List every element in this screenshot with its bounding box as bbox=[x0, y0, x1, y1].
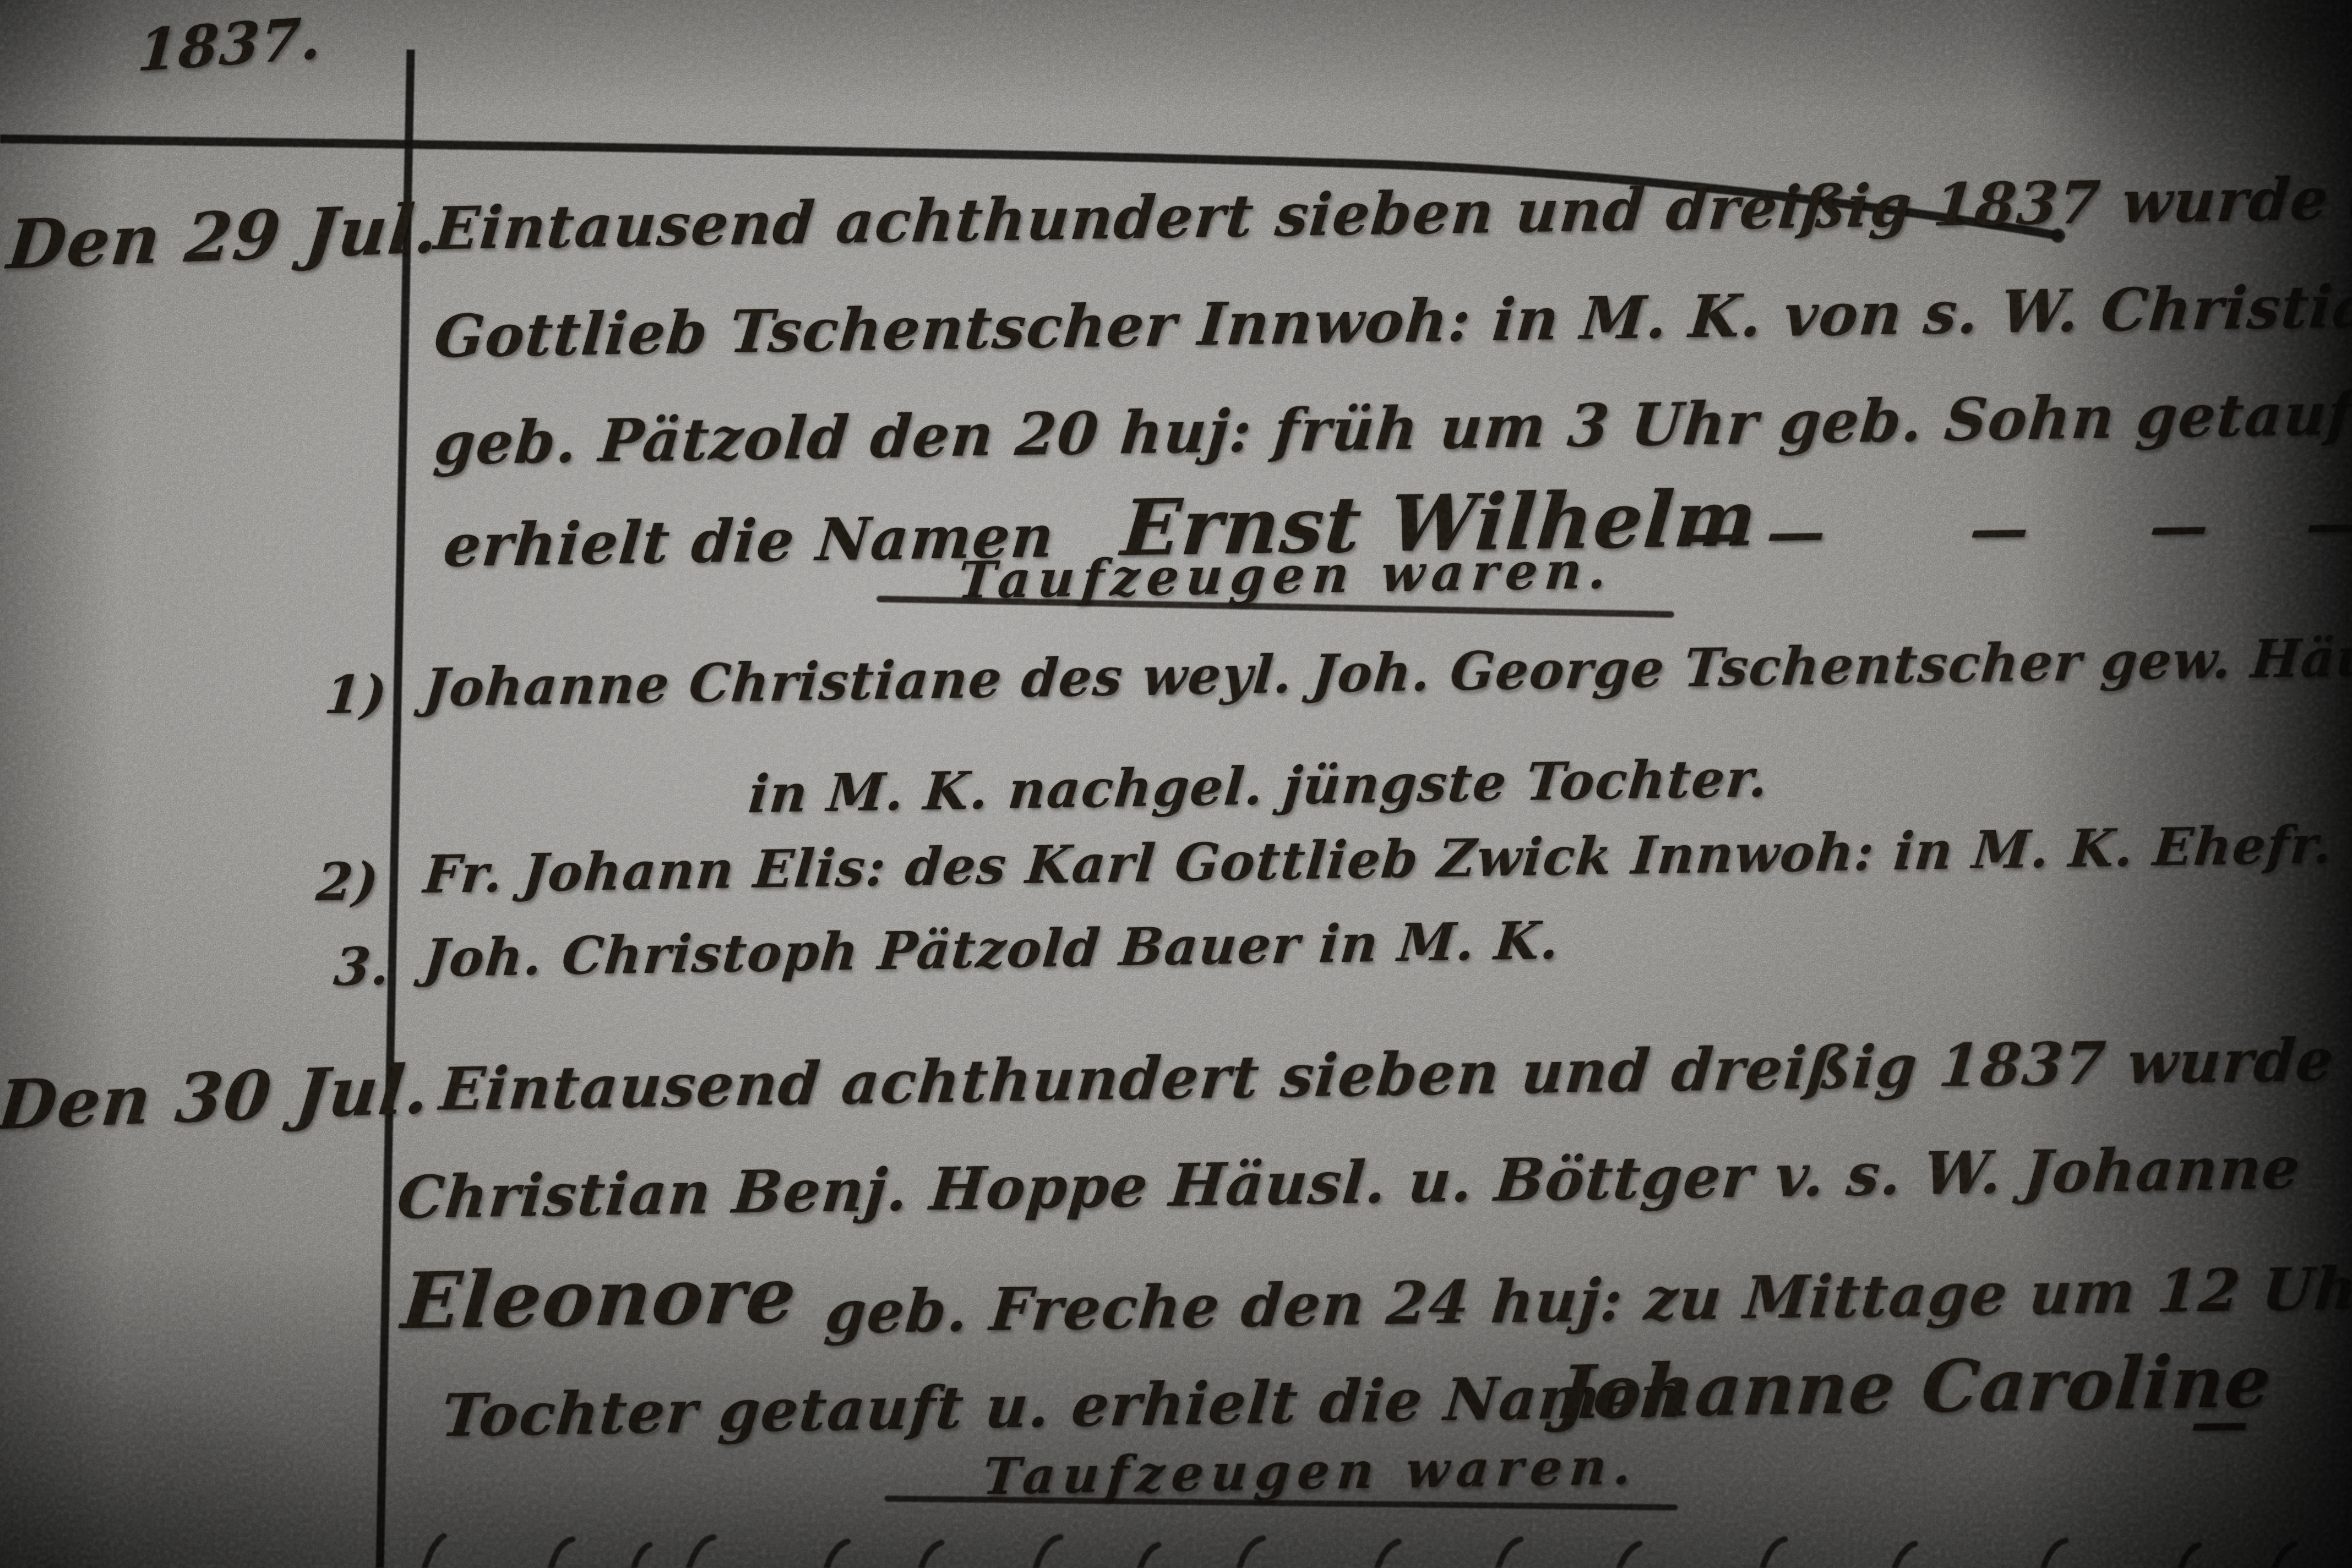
witness-3-line-1: Joh. Christoph Pätzold Bauer in M. K. bbox=[421, 911, 1562, 989]
entry-2-line-1: Eintausend achthundert sieben und dreißi… bbox=[437, 1020, 2352, 1123]
entry-2-trailing-dash: — bbox=[2188, 1386, 2256, 1456]
witness-1-line-1: Johanne Christiane des weyl. Joh. George… bbox=[421, 626, 2352, 719]
entry-2-line-3-rest: geb. Freche den 24 huj: zu Mittage um 12… bbox=[823, 1250, 2352, 1347]
handwritten-content: 1837. Den 29 Jul. Eintausend achthundert… bbox=[0, 0, 2352, 1568]
church-register-page-photo: 1837. Den 29 Jul. Eintausend achthundert… bbox=[0, 0, 2352, 1568]
witness-2-line-1: Fr. Johann Elis: des Karl Gottlieb Zwick… bbox=[421, 815, 2335, 906]
entry-2-line-4-prefix: Tochter getauft u. erhielt die Namen bbox=[439, 1362, 1686, 1450]
entry-1-line-2: Gottlieb Tschentscher Innwoh: in M. K. v… bbox=[432, 266, 2352, 371]
witness-2-marker: 2) bbox=[314, 851, 382, 913]
entry-2-mother-name: Eleonore bbox=[398, 1250, 801, 1347]
year-heading: 1837. bbox=[135, 4, 325, 85]
entry-1-witness-heading: Taufzeugen waren. bbox=[955, 540, 1616, 610]
entry-1-trailing-dashes: — — — — — — bbox=[1679, 487, 2352, 568]
entry-2-witness-heading: Taufzeugen waren. bbox=[980, 1436, 1641, 1506]
witness-1-line-2: in M. K. nachgel. jüngste Tochter. bbox=[746, 748, 1771, 825]
entry-1-line-1: Eintausend achthundert sieben und dreißi… bbox=[432, 159, 2352, 263]
entry-1-date: Den 29 Jul. bbox=[4, 188, 443, 285]
entry-2-baptism-name: Johanne Caroline bbox=[1555, 1339, 2275, 1435]
entry-2-date: Den 30 Jul. bbox=[0, 1049, 434, 1145]
witness-1-marker: 1) bbox=[322, 664, 390, 726]
entry-2-line-2: Christian Benj. Hoppe Häusl. u. Böttger … bbox=[395, 1133, 2304, 1232]
witness-3-marker: 3. bbox=[331, 936, 393, 998]
entry-1-line-3: geb. Pätzold den 20 huj: früh um 3 Uhr g… bbox=[432, 375, 2352, 477]
